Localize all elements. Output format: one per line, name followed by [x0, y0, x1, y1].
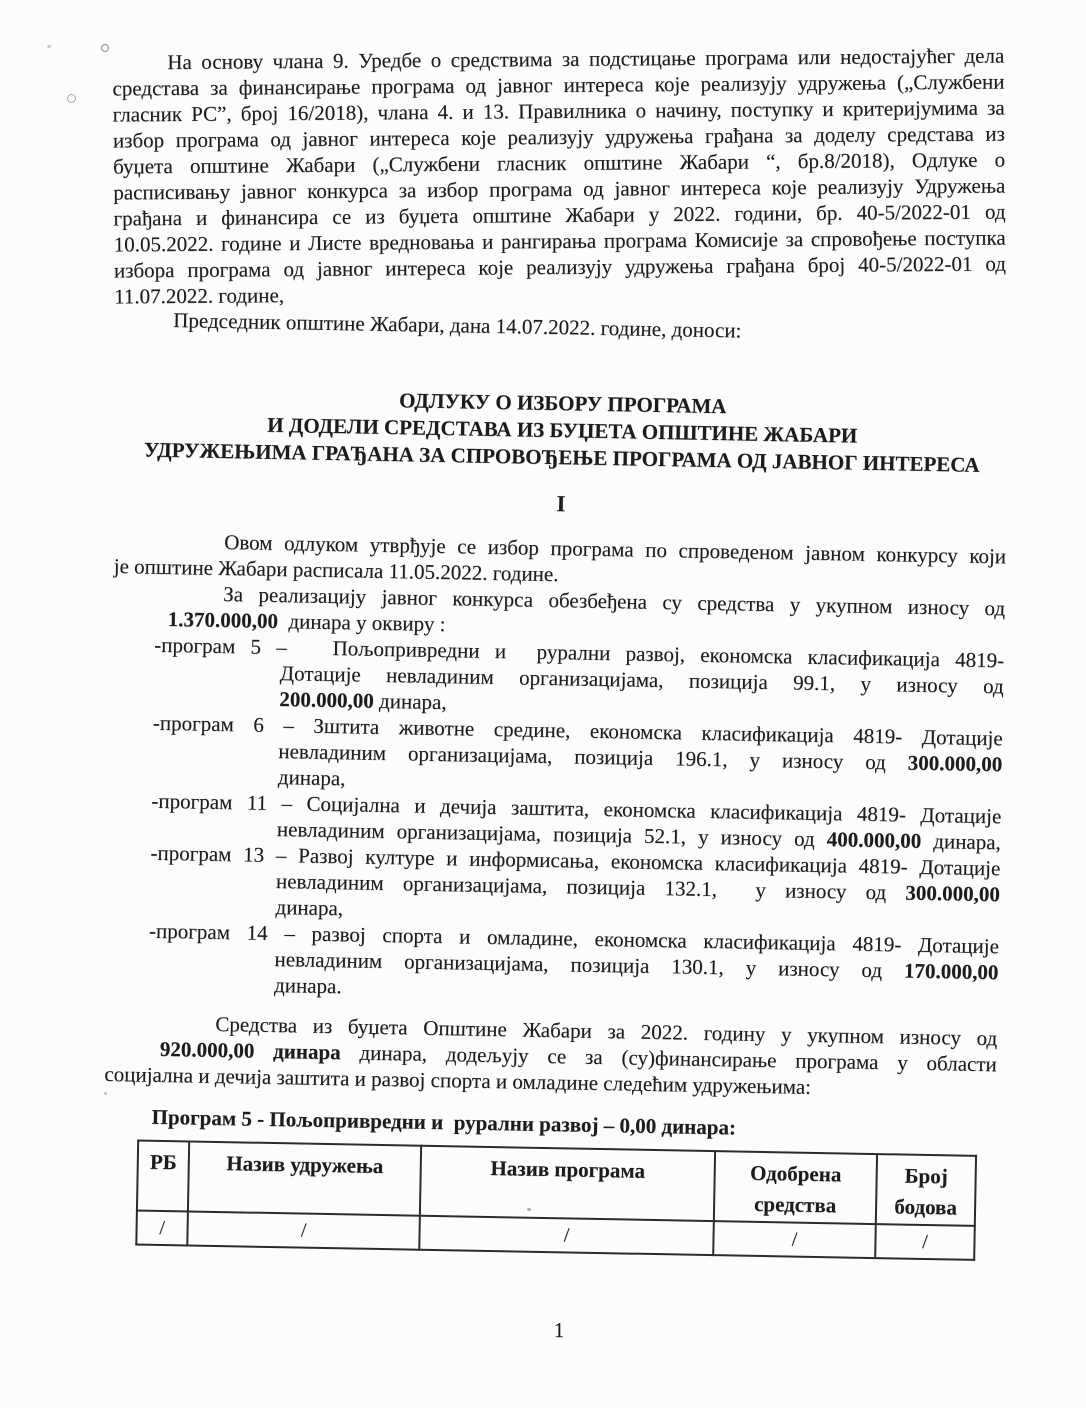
scan-speck: [101, 44, 109, 52]
page-number: 1: [113, 1318, 1005, 1343]
column-header-approved-funds: Одобрена средства: [714, 1151, 877, 1224]
document-content: На основу члана 9. Уредбе о средствима з…: [113, 0, 1005, 1245]
preamble-paragraph: На основу члана 9. Уредбе о средствима з…: [112, 0, 1006, 309]
column-header-program-name: Назив програма: [420, 1146, 715, 1221]
scan-speck: [67, 94, 76, 103]
program5-results-table: РБ Назив удружења Назив програма Одобрен…: [135, 1140, 977, 1261]
cell-program-name: /: [419, 1216, 714, 1255]
program-item-14: -програм 14 – развој спорта и омладине, …: [106, 917, 999, 1011]
scanned-document-page: На основу члана 9. Уредбе о средствима з…: [0, 0, 1086, 1408]
column-header-association-name: Назив удружења: [188, 1141, 421, 1215]
cell-points: /: [875, 1224, 975, 1260]
column-header-points: Број бодова: [876, 1154, 976, 1226]
allocation-paragraph: Средства из буџета Општине Жабари за 202…: [104, 1009, 997, 1103]
section-numeral: I: [115, 481, 1007, 527]
program-list: -програм 5 – Пољопривредни и рурални раз…: [106, 631, 1005, 1011]
issuer-line: Председник општине Жабари, дана 14.07.20…: [118, 306, 1010, 348]
column-header-rb: РБ: [137, 1141, 189, 1212]
cell-approved-funds: /: [713, 1221, 876, 1258]
table-section-heading: Програм 5 - Пољопривредни и рурални разв…: [103, 1103, 995, 1145]
decision-title: ОДЛУКУ О ИЗБОРУ ПРОГРАМА И ДОДЕЛИ СРЕДСТ…: [116, 382, 1009, 479]
scan-speck: [47, 45, 51, 48]
cell-rb: /: [136, 1211, 188, 1246]
cell-association-name: /: [187, 1211, 420, 1249]
document-body: Председник општине Жабари, дана 14.07.20…: [101, 306, 1010, 1261]
